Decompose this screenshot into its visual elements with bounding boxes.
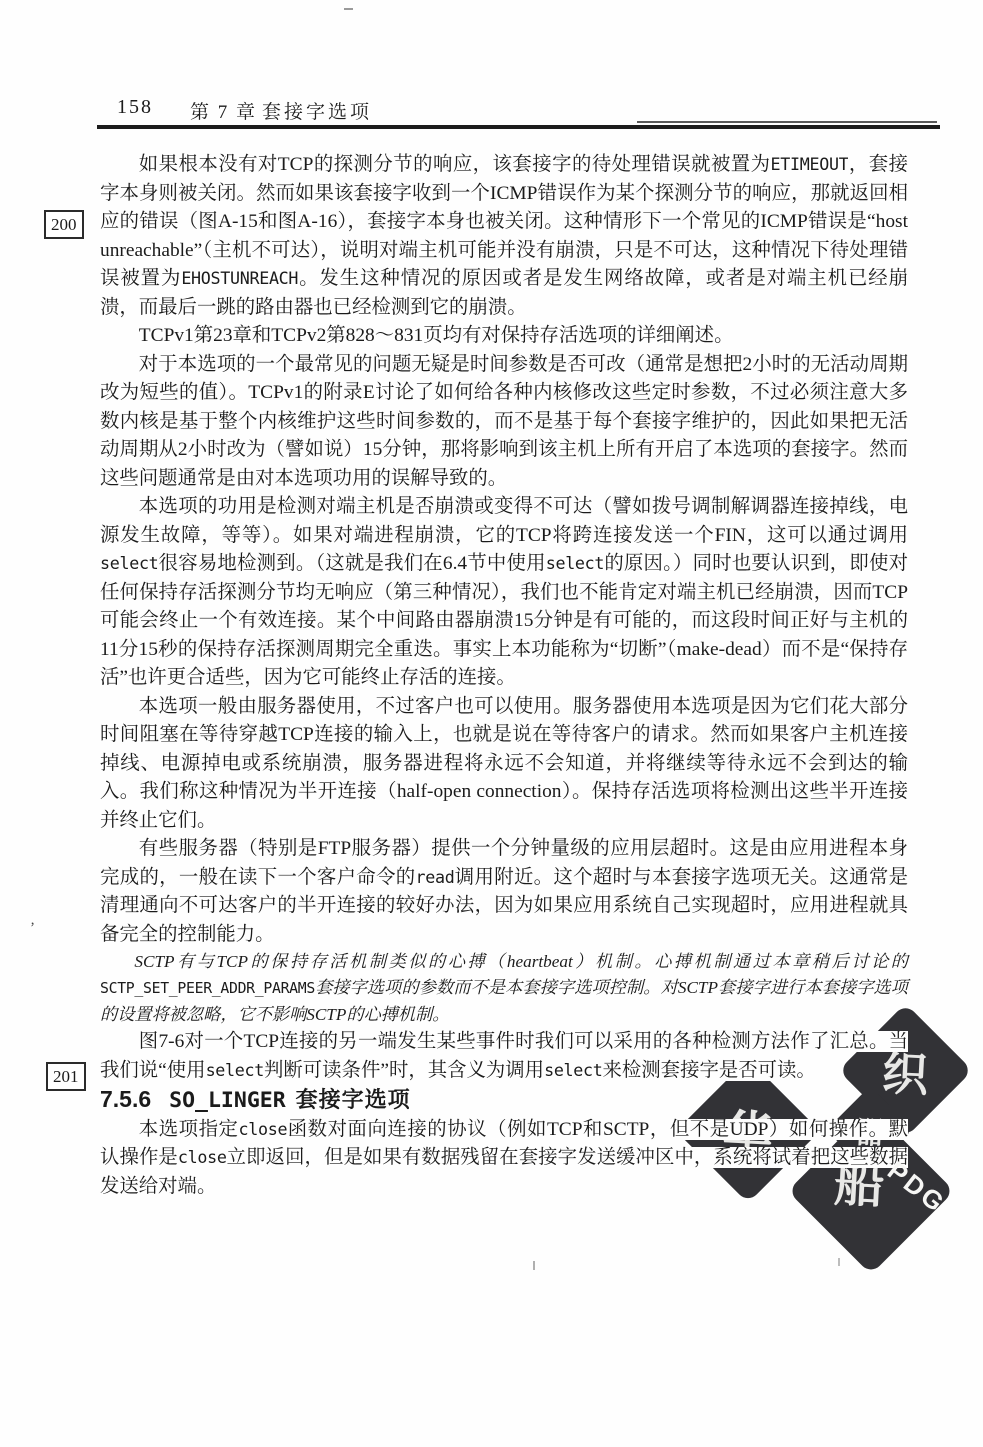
inline-text: 本选项一般由服务器使用，不过客户也可以使用。服务器使用本选项是因为它们花大部分时…	[100, 696, 908, 831]
scan-speck: ’	[30, 920, 35, 937]
body-text-column: 如果根本没有对TCP的探测分节的响应，该套接字的待处理错误就被置为ETIMEOU…	[100, 151, 908, 1201]
section-heading-so-linger: 7.5.6SO_LINGER套接字选项	[100, 1085, 908, 1116]
inline-text: TCPv1第23章和TCPv2第828～831页均有对保持存活选项的详细阐述。	[139, 325, 734, 346]
inline-code: EHOSTUNREACH	[181, 269, 298, 288]
inline-code: select	[100, 554, 158, 573]
inline-text: 本选项的功用是检测对端主机是否崩溃或变得不可达（譬如拨号调制解调器连接掉线，电源…	[100, 496, 908, 546]
margin-page-marker-200: 200	[44, 210, 84, 239]
inline-code: read	[416, 868, 455, 887]
chapter-title: 套接字选项	[262, 97, 372, 124]
inline-text: 如果根本没有对TCP的探测分节的响应，该套接字的待处理错误就被置为	[139, 154, 771, 175]
paragraph-so-linger-intro: 本选项指定close函数对面向连接的协议（例如TCP和SCTP，但不是UDP）如…	[100, 1116, 908, 1202]
section-title: 套接字选项	[296, 1087, 411, 1112]
inline-text: SCTP有与TCP的保持存活机制类似的心搏（heartbeat）机制。心搏机制通…	[134, 952, 908, 971]
inline-code: close	[239, 1120, 288, 1139]
page-number: 158	[117, 96, 153, 119]
margin-page-marker-201: 201	[46, 1062, 86, 1091]
inline-code: SCTP_SET_PEER_ADDR_PARAMS	[100, 980, 315, 997]
paragraph-tcpv-references: TCPv1第23章和TCPv2第828～831页均有对保持存活选项的详细阐述。	[100, 322, 908, 351]
paragraph-ftp-timeout: 有些服务器（特别是FTP服务器）提供一个分钟量级的应用层超时。这是由应用进程本身…	[100, 835, 908, 949]
paragraph-option-purpose: 本选项的功用是检测对端主机是否崩溃或变得不可达（譬如拨号调制解调器连接掉线，电源…	[100, 493, 908, 693]
scan-speck	[838, 1258, 840, 1266]
chapter-number: 第 7 章	[190, 97, 257, 124]
inline-code: select	[546, 554, 604, 573]
header-rule	[97, 125, 940, 129]
scan-speck	[344, 8, 353, 10]
inline-text: 判断可读条件”时，其含义为调用	[264, 1060, 544, 1081]
inline-code: select	[544, 1061, 602, 1080]
inline-code: close	[178, 1148, 227, 1167]
paragraph-timer-parameters: 对于本选项的一个最常见的问题无疑是时间参数是否可改（通常是想把2小时的无活动周期…	[100, 351, 908, 494]
scanned-book-page: 158 第 7 章 套接字选项 200 201 织 华 船 器 PDG 如果根本…	[0, 0, 983, 1447]
paragraph-figure-7-6: 图7-6对一个TCP连接的另一端发生某些事件时我们可以采用的各种检测方法作了汇总…	[100, 1028, 908, 1085]
inline-text: 来检测套接字是否可读。	[603, 1060, 816, 1081]
inline-text: 对于本选项的一个最常见的问题无疑是时间参数是否可改（通常是想把2小时的无活动周期…	[100, 354, 908, 489]
scan-speck	[533, 1261, 535, 1270]
inline-code: select	[206, 1061, 264, 1080]
inline-code: ETIMEOUT	[771, 155, 849, 174]
paragraph-keepalive-errors: 如果根本没有对TCP的探测分节的响应，该套接字的待处理错误就被置为ETIMEOU…	[100, 151, 908, 322]
paragraph-server-usage: 本选项一般由服务器使用，不过客户也可以使用。服务器使用本选项是因为它们花大部分时…	[100, 693, 908, 836]
inline-text: 很容易地检测到。（这就是我们在6.4节中使用	[158, 553, 545, 574]
inline-text: 本选项指定	[139, 1119, 239, 1140]
section-option-name: SO_LINGER	[169, 1088, 286, 1113]
sctp-heartbeat-note: SCTP有与TCP的保持存活机制类似的心搏（heartbeat）机制。心搏机制通…	[100, 949, 908, 1028]
section-number: 7.5.6	[100, 1086, 151, 1112]
